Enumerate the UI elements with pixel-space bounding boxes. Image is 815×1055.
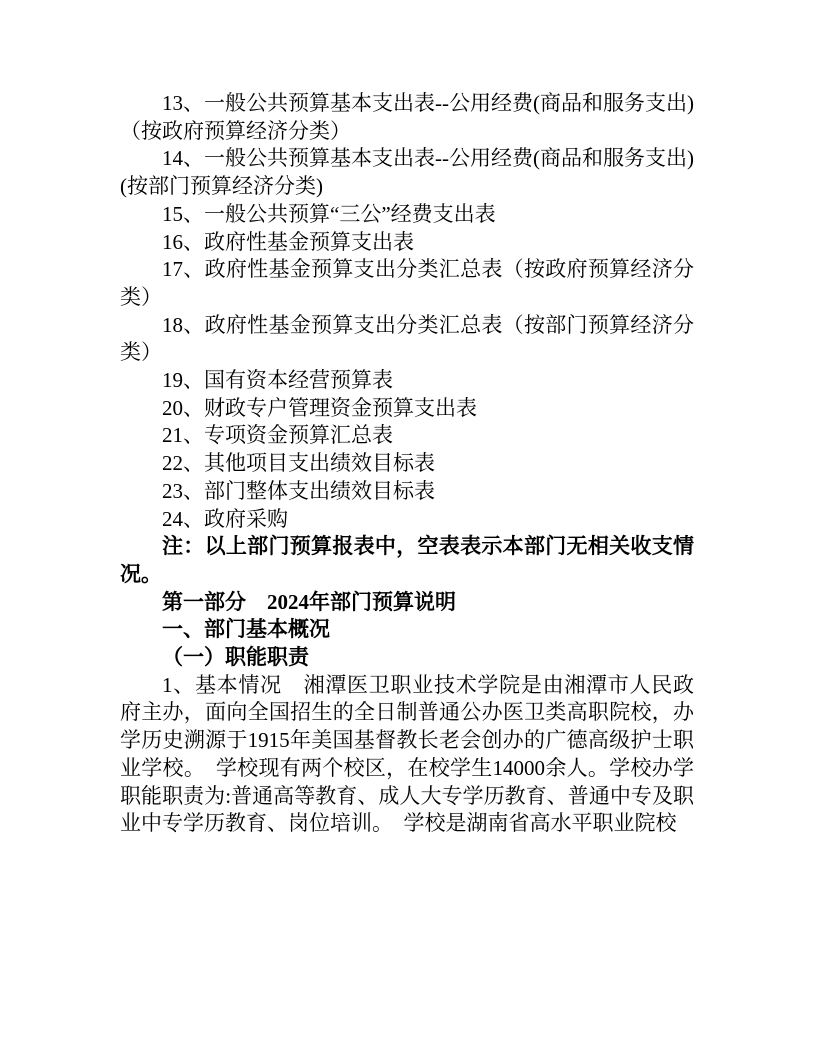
list-item-18: 18、政府性基金预算支出分类汇总表（按部门预算经济分类） xyxy=(120,312,694,367)
section-heading-basic-overview: 一、部门基本概况 xyxy=(120,616,694,644)
list-item-19: 19、国有资本经营预算表 xyxy=(120,367,694,395)
document-page: 13、一般公共预算基本支出表--公用经费(商品和服务支出)（按政府预算经济分类）… xyxy=(0,0,815,1055)
list-item-22: 22、其他项目支出绩效目标表 xyxy=(120,450,694,478)
list-item-23: 23、部门整体支出绩效目标表 xyxy=(120,478,694,506)
list-item-20: 20、财政专户管理资金预算支出表 xyxy=(120,395,694,423)
list-item-14: 14、一般公共预算基本支出表--公用经费(商品和服务支出)(按部门预算经济分类) xyxy=(120,145,694,200)
basic-situation-paragraph: 1、基本情况 湘潭医卫职业技术学院是由湘潭市人民政府主办，面向全国招生的全日制普… xyxy=(120,672,694,838)
attachment-list-section: 13、一般公共预算基本支出表--公用经费(商品和服务支出)（按政府预算经济分类）… xyxy=(120,90,694,589)
part-one-title: 第一部分 2024年部门预算说明 xyxy=(120,589,694,617)
note-line: 注：以上部门预算报表中，空表表示本部门无相关收支情况。 xyxy=(120,533,694,588)
part-one-body: 一、部门基本概况 （一）职能职责 1、基本情况 湘潭医卫职业技术学院是由湘潭市人… xyxy=(120,616,694,838)
list-item-21: 21、专项资金预算汇总表 xyxy=(120,422,694,450)
list-item-24: 24、政府采购 xyxy=(120,506,694,534)
list-item-13: 13、一般公共预算基本支出表--公用经费(商品和服务支出)（按政府预算经济分类） xyxy=(120,90,694,145)
list-item-16: 16、政府性基金预算支出表 xyxy=(120,229,694,257)
subsection-heading-duties: （一）职能职责 xyxy=(120,644,694,672)
list-item-15: 15、一般公共预算“三公”经费支出表 xyxy=(120,201,694,229)
list-item-17: 17、政府性基金预算支出分类汇总表（按政府预算经济分类） xyxy=(120,256,694,311)
